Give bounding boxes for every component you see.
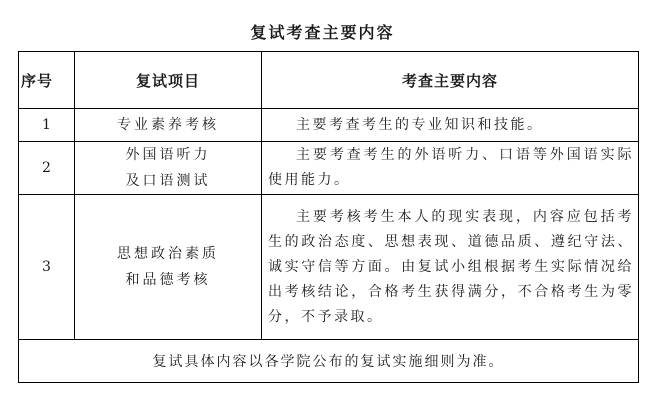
table-header-row: 序号 复试项目 考查主要内容: [19, 52, 639, 109]
row-number: 2: [19, 142, 75, 195]
row-number: 3: [19, 195, 75, 340]
row-number: 1: [19, 109, 75, 142]
row-item: 思想政治素质和品德考核: [75, 195, 262, 340]
header-number: 序号: [19, 52, 75, 109]
header-content: 考查主要内容: [262, 52, 639, 109]
footer-note: 复试具体内容以各学院公布的复试实施细则为准。: [19, 340, 639, 383]
table-footer-row: 复试具体内容以各学院公布的复试实施细则为准。: [19, 340, 639, 383]
exam-content-table: 序号 复试项目 考查主要内容 1 专业素养考核 主要考查考生的专业知识和技能。 …: [18, 51, 639, 383]
row-content: 主要考查考生的专业知识和技能。: [262, 109, 639, 142]
table-row: 2 外国语听力及口语测试 主要考查考生的外语听力、口语等外国语实际使用能力。: [19, 142, 639, 195]
header-item: 复试项目: [75, 52, 262, 109]
row-item: 专业素养考核: [75, 109, 262, 142]
document-title: 复试考查主要内容: [0, 20, 645, 43]
row-content: 主要考核考生本人的现实表现，内容应包括考生的政治态度、思想表现、道德品质、遵纪守…: [262, 195, 639, 340]
row-content: 主要考查考生的外语听力、口语等外国语实际使用能力。: [262, 142, 639, 195]
table-row: 3 思想政治素质和品德考核 主要考核考生本人的现实表现，内容应包括考生的政治态度…: [19, 195, 639, 340]
row-item: 外国语听力及口语测试: [75, 142, 262, 195]
table-row: 1 专业素养考核 主要考查考生的专业知识和技能。: [19, 109, 639, 142]
